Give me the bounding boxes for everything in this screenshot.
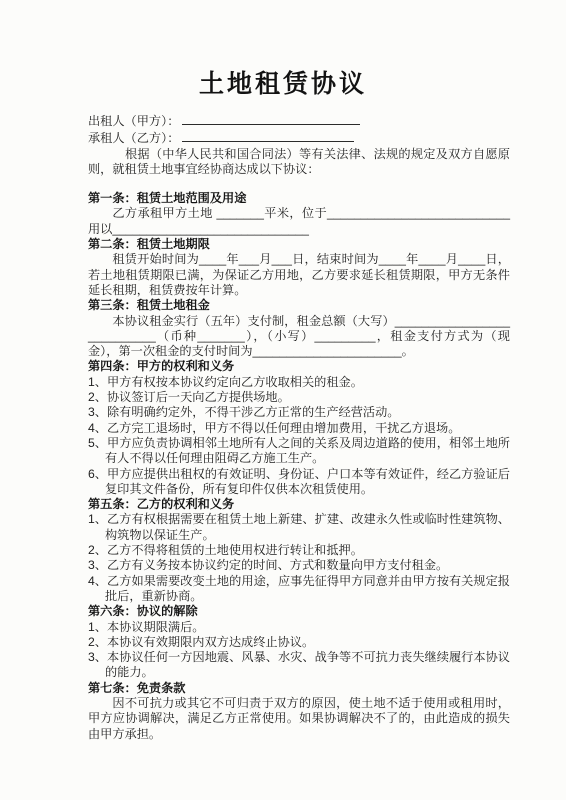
section-party-b-rights: 第五条：乙方的权利和义务 1、乙方有权根据需要在租赁土地上新建、扩建、改建永久性… bbox=[88, 497, 510, 604]
section-paragraph: 本协议租金实行（五年）支付制，租金总额（大写）_________________… bbox=[88, 314, 510, 360]
section-heading: 第二条：租赁土地期限 bbox=[88, 237, 510, 252]
clause-item: 1、甲方有权按本协议约定向乙方收取相关的租金。 bbox=[88, 375, 510, 390]
party-a-line: 出租人（甲方）： bbox=[88, 112, 510, 129]
section-paragraph: 租赁开始时间为____年___月___日，结束时间为____年____月____… bbox=[88, 252, 510, 298]
section-heading: 第三条：租赁土地租金 bbox=[88, 298, 510, 313]
clause-item: 6、甲方应提供出租权的有效证明、身份证、户口本等有效证件，经乙方验证后复印其文件… bbox=[88, 467, 510, 498]
section-paragraph: 因不可抗力或其它不可归责于双方的原因，使土地不适于使用或租用时，甲方应协调解决，… bbox=[88, 696, 510, 742]
section-lease-term: 第二条：租赁土地期限 租赁开始时间为____年___月___日，结束时间为___… bbox=[88, 237, 510, 298]
section-rent: 第三条：租赁土地租金 本协议租金实行（五年）支付制，租金总额（大写）______… bbox=[88, 298, 510, 359]
section-heading: 第五条：乙方的权利和义务 bbox=[88, 497, 510, 512]
section-heading: 第一条：租赁土地范围及用途 bbox=[88, 191, 510, 206]
clause-item: 3、除有明确约定外，不得干涉乙方正常的生产经营活动。 bbox=[88, 405, 510, 420]
clause-item: 3、乙方有义务按本协议约定的时间、方式和数量向甲方支付租金。 bbox=[88, 558, 510, 573]
document-page: 土地租赁协议 出租人（甲方）： 承租人（乙方）： 根据（中华人民共和国合同法）等… bbox=[0, 0, 566, 800]
clause-item: 4、乙方如果需要改变土地的用途，应事先征得甲方同意并由甲方按有关规定报批后，重新… bbox=[88, 574, 510, 605]
section-termination: 第六条：协议的解除 1、本协议期限满后。 2、本协议有效期限内双方达成终止协议。… bbox=[88, 604, 510, 680]
clause-item: 1、乙方有权根据需要在租赁土地上新建、扩建、改建永久性或临时性建筑物、构筑物以保… bbox=[88, 512, 510, 543]
party-b-blank-line bbox=[182, 129, 354, 142]
party-a-label: 出租人（甲方）： bbox=[88, 114, 179, 128]
section-paragraph: 乙方承租甲方土地 _______平米，位于___________________… bbox=[88, 206, 510, 237]
party-b-label: 承租人（乙方）： bbox=[88, 131, 179, 145]
section-land-scope: 第一条：租赁土地范围及用途 乙方承租甲方土地 _______平米，位于_____… bbox=[88, 191, 510, 237]
clause-item: 3、本协议任何一方因地震、风暴、水灾、战争等不可抗力丧失继续履行本协议的能力。 bbox=[88, 650, 510, 681]
document-title: 土地租赁协议 bbox=[0, 0, 566, 100]
clause-item: 1、本协议期限满后。 bbox=[88, 620, 510, 635]
clause-item: 2、本协议有效期限内双方达成终止协议。 bbox=[88, 635, 510, 650]
clause-item: 2、乙方不得将租赁的土地使用权进行转让和抵押。 bbox=[88, 543, 510, 558]
section-party-a-rights: 第四条：甲方的权利和义务 1、甲方有权按本协议约定向乙方收取相关的租金。 2、协… bbox=[88, 359, 510, 497]
section-heading: 第六条：协议的解除 bbox=[88, 604, 510, 619]
clause-item: 2、协议签订后一天向乙方提供场地。 bbox=[88, 390, 510, 405]
section-heading: 第四条：甲方的权利和义务 bbox=[88, 359, 510, 374]
preamble: 根据（中华人民共和国合同法）等有关法律、法规的规定及双方自愿原则，就租赁土地事宜… bbox=[88, 147, 510, 178]
section-liability-exemption: 第七条：免责条款 因不可抗力或其它不可归责于双方的原因，使土地不适于使用或租用时… bbox=[88, 681, 510, 742]
document-body: 出租人（甲方）： 承租人（乙方）： 根据（中华人民共和国合同法）等有关法律、法规… bbox=[88, 112, 510, 742]
party-b-line: 承租人（乙方）： bbox=[88, 129, 510, 146]
clause-item: 4、乙方完工退场时，甲方不得以任何理由增加费用，干扰乙方退场。 bbox=[88, 421, 510, 436]
clause-item: 5、甲方应负责协调相邻土地所有人之间的关系及周边道路的使用，相邻土地所有人不得以… bbox=[88, 436, 510, 467]
party-a-blank-line bbox=[182, 112, 360, 125]
section-heading: 第七条：免责条款 bbox=[88, 681, 510, 696]
